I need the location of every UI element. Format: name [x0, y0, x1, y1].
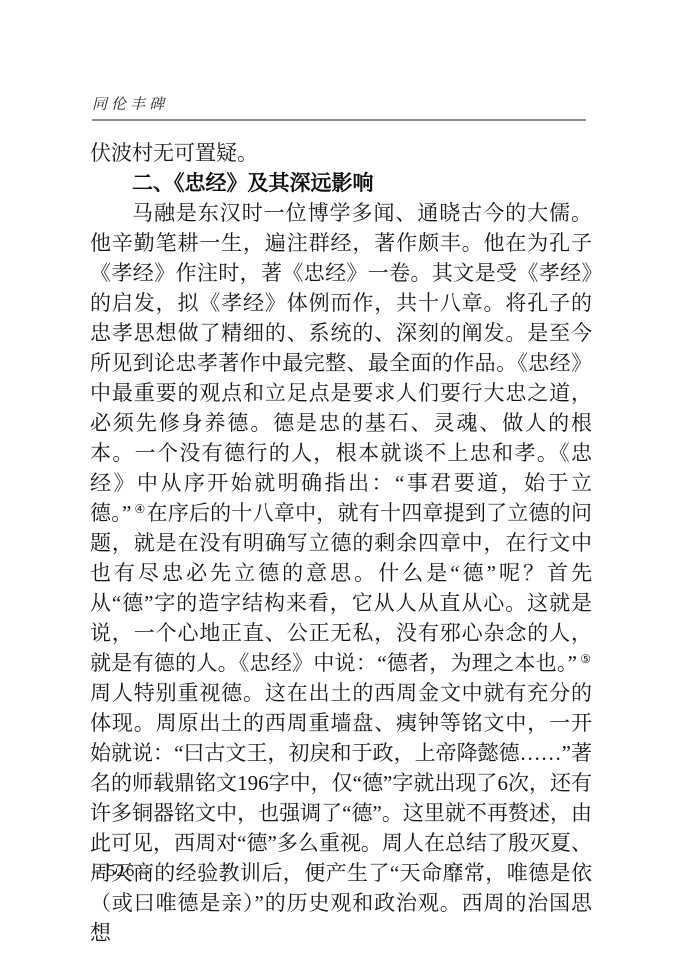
continuation-line: 伏波村无可置疑。 [90, 138, 592, 168]
book-page: 同伦丰碑 伏波村无可置疑。 二、《忠经》及其深远影响 马融是东汉时一位博学多闻、… [0, 0, 692, 968]
paragraph-text-run: 周人特别重视德。这在出土的西周金文中就有充分的体现。周原出土的西周重墙盘、痍钟等… [90, 681, 592, 945]
paragraph-text-run: 马融是东汉时一位博学多闻、通晓古今的大儒。他辛勤笔耕一生，遍注群经，著作颇丰。他… [90, 201, 592, 525]
paragraph-text-run: 在序后的十八章中，就有十四章提到了立德的问题，就是在没有明确写立德的剩余四章中，… [90, 501, 592, 675]
running-head: 同伦丰碑 [92, 93, 168, 114]
body-paragraph: 马融是东汉时一位博学多闻、通晓古今的大儒。他辛勤笔耕一生，遍注群经，著作颇丰。他… [90, 198, 592, 948]
header-rule [92, 119, 586, 121]
body-text-block: 伏波村无可置疑。 二、《忠经》及其深远影响 马融是东汉时一位博学多闻、通晓古今的… [90, 138, 592, 948]
page-number: – 526 – [92, 861, 150, 881]
footnote-marker: ④ [134, 502, 145, 516]
footnote-marker: ⑤ [580, 652, 591, 666]
section-heading: 二、《忠经》及其深远影响 [90, 168, 592, 198]
